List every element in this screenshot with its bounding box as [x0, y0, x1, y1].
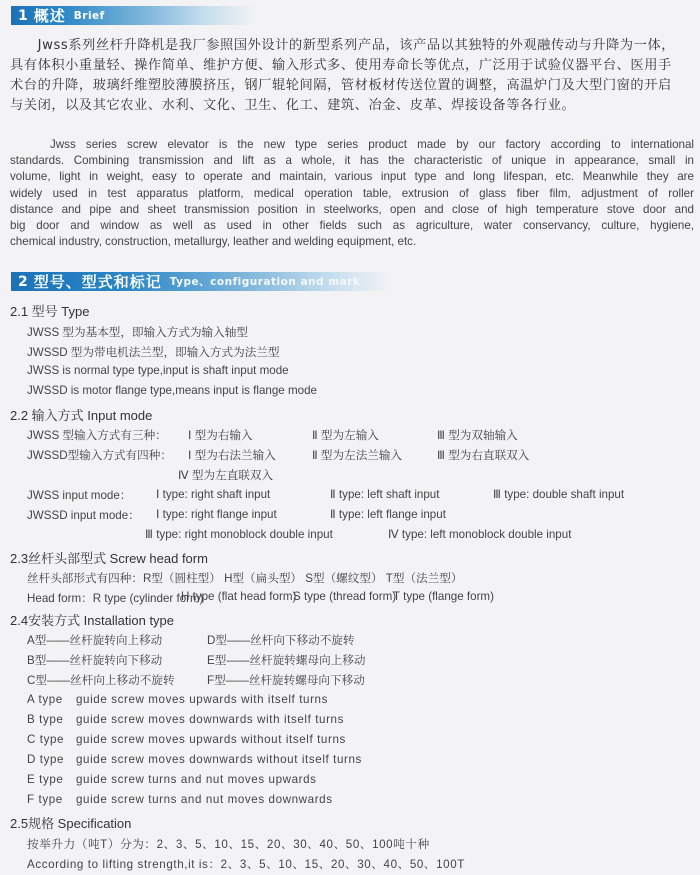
section-title-cn: 型号、型式和标记: [34, 272, 162, 291]
row-item: Ⅰ 型为右输入: [188, 427, 253, 443]
spec-line-cn: 按举升力（吨T）分为：2、3、5、10、15、20、30、40、50、100吨十…: [27, 836, 430, 852]
brief-paragraph-en: Jwss series screw elevator is the new ty…: [10, 137, 694, 250]
install-row-en: D type guide screw moves downwards witho…: [27, 753, 427, 769]
text-line: distance and pipe and sheet transmission…: [10, 202, 694, 218]
row-label: JWSSD input mode：: [27, 507, 140, 523]
install-type: B type: [27, 713, 63, 726]
head-form-item: T type (flange form): [393, 590, 494, 603]
install-item: E型——丝杆旋转螺母向上移动: [207, 652, 365, 668]
section-title-en: Type、configuration and mark: [170, 274, 361, 289]
input-mode-row-cn: Ⅳ 型为左直联双入: [27, 467, 687, 483]
spec-line-en: According to lifting strength,it is：2、3、…: [27, 856, 465, 872]
head-form-en: Head form：R type (cylinder form) H type …: [27, 590, 687, 606]
row-item: Ⅲ type: double shaft input: [493, 487, 624, 501]
install-type: A type: [27, 693, 63, 706]
head-form-item: S type (thread form): [293, 590, 396, 603]
section-number: 1: [18, 8, 28, 24]
text-line: Jwss系列丝杆升降机是我厂参照国外设计的新型系列产品，该产品以其独特的外观融传…: [10, 36, 690, 56]
text-line: chemical industry, construction, metallu…: [10, 234, 694, 250]
install-type: C type: [27, 733, 64, 746]
install-row-cn: A型——丝杆旋转向上移动 D型——丝杆向下移动不旋转: [27, 632, 427, 648]
brief-paragraph-cn: Jwss系列丝杆升降机是我厂参照国外设计的新型系列产品，该产品以其独特的外观融传…: [10, 36, 690, 116]
subsection-2-5-heading: 2.5规格 Specification: [10, 813, 131, 832]
row-item: Ⅰ 型为右法兰输入: [188, 447, 276, 463]
install-item: B型——丝杆旋转向下移动: [27, 652, 162, 668]
text-line: standards. Combining transmission and li…: [10, 153, 694, 169]
install-type: F type: [27, 793, 63, 806]
type-line: JWSSD is motor flange type,means input i…: [27, 384, 317, 397]
install-row-en: B type guide screw moves downwards with …: [27, 713, 427, 729]
row-label: JWSS 型输入方式有三种：: [27, 427, 167, 443]
row-item: Ⅱ type: left flange input: [330, 507, 446, 521]
input-mode-row-en: Ⅲ type: right monoblock double input Ⅳ t…: [27, 527, 687, 543]
install-item: C型——丝杆向上移动不旋转: [27, 672, 175, 688]
text-line: 与关闭，以及其它农业、水利、文化、卫生、化工、建筑、冶金、皮革、焊接设备等各行业…: [10, 96, 690, 116]
section-1-header: 1 概述 Brief: [11, 6, 256, 25]
install-row-en: F type guide screw turns and nut moves d…: [27, 793, 427, 809]
row-item: Ⅰ type: right flange input: [156, 507, 277, 521]
row-item: Ⅳ 型为左直联双入: [178, 467, 273, 483]
text-line: widely used in test apparatus platform, …: [10, 186, 694, 202]
section-title-cn: 概述: [34, 6, 66, 25]
install-desc: guide screw moves upwards without itself…: [76, 733, 346, 746]
install-row-en: E type guide screw turns and nut moves u…: [27, 773, 427, 789]
text-line: 术台的升降，玻璃纤维塑胶薄膜挤压，钢厂辊轮间隔，管材板材传送位置的调整，高温炉门…: [10, 76, 690, 96]
type-line: JWSSD 型为带电机法兰型，即输入方式为法兰型: [27, 344, 280, 360]
install-desc: guide screw turns and nut moves upwards: [76, 773, 317, 786]
row-label: JWSS input mode：: [27, 487, 131, 503]
row-item: Ⅱ 型为左法兰输入: [312, 447, 402, 463]
row-item: Ⅲ 型为右直联双入: [437, 447, 529, 463]
type-line: JWSS 型为基本型，即输入方式为输入轴型: [27, 324, 248, 340]
row-item: Ⅱ 型为左输入: [312, 427, 379, 443]
install-row-cn: C型——丝杆向上移动不旋转 F型——丝杆旋转螺母向下移动: [27, 672, 427, 688]
row-item: Ⅳ type: left monoblock double input: [388, 527, 571, 541]
input-mode-row-en: JWSS input mode： Ⅰ type: right shaft inp…: [27, 487, 687, 503]
subsection-2-1-heading: 2.1 型号 Type: [10, 301, 89, 320]
install-desc: guide screw moves upwards with itself tu…: [76, 693, 328, 706]
row-item: Ⅲ type: right monoblock double input: [145, 527, 333, 541]
input-mode-row-cn: JWSSD型输入方式有四种： Ⅰ 型为右法兰输入 Ⅱ 型为左法兰输入 Ⅲ 型为右…: [27, 447, 687, 463]
install-row-en: A type guide screw moves upwards with it…: [27, 693, 427, 709]
head-form-cn: 丝杆头部形式有四种：R型（圆柱型） H型（扁头型） S型（螺纹型） T型（法兰型…: [27, 570, 462, 586]
subsection-2-2-heading: 2.2 输入方式 Input mode: [10, 405, 152, 424]
head-form-item: Head form：R type (cylinder form): [27, 590, 204, 606]
install-desc: guide screw moves downwards without itse…: [76, 753, 362, 766]
section-2-header: 2 型号、型式和标记 Type、configuration and mark: [11, 272, 391, 291]
head-form-item: H type (flat head form): [181, 590, 296, 603]
row-item: Ⅰ type: right shaft input: [156, 487, 270, 501]
input-mode-row-cn: JWSS 型输入方式有三种： Ⅰ 型为右输入 Ⅱ 型为左输入 Ⅲ 型为双轴输入: [27, 427, 687, 443]
section-title-en: Brief: [74, 10, 105, 22]
install-type: E type: [27, 773, 63, 786]
install-desc: guide screw moves downwards with itself …: [76, 713, 344, 726]
install-item: A型——丝杆旋转向上移动: [27, 632, 162, 648]
input-mode-row-en: JWSSD input mode： Ⅰ type: right flange i…: [27, 507, 687, 523]
row-label: JWSSD型输入方式有四种：: [27, 447, 172, 463]
type-line: JWSS is normal type type,input is shaft …: [27, 364, 289, 377]
install-item: F型——丝杆旋转螺母向下移动: [207, 672, 365, 688]
install-row-en: C type guide screw moves upwards without…: [27, 733, 427, 749]
row-item: Ⅲ 型为双轴输入: [437, 427, 518, 443]
section-number: 2: [18, 274, 28, 290]
text-line: 具有体积小重量轻、操作简单、维护方便、输入形式多、使用寿命长等优点，广泛用于试验…: [10, 56, 690, 76]
subsection-2-4-heading: 2.4安装方式 Installation type: [10, 610, 174, 629]
text-line: Jwss series screw elevator is the new ty…: [10, 137, 694, 153]
subsection-2-3-heading: 2.3丝杆头部型式 Screw head form: [10, 548, 208, 567]
install-type: D type: [27, 753, 64, 766]
install-desc: guide screw turns and nut moves downward…: [76, 793, 333, 806]
row-item: Ⅱ type: left shaft input: [330, 487, 439, 501]
text-line: big door and window as well as used in o…: [10, 218, 694, 234]
text-line: volume, light in weight, easy to operate…: [10, 169, 694, 185]
install-item: D型——丝杆向下移动不旋转: [207, 632, 355, 648]
install-row-cn: B型——丝杆旋转向下移动 E型——丝杆旋转螺母向上移动: [27, 652, 427, 668]
